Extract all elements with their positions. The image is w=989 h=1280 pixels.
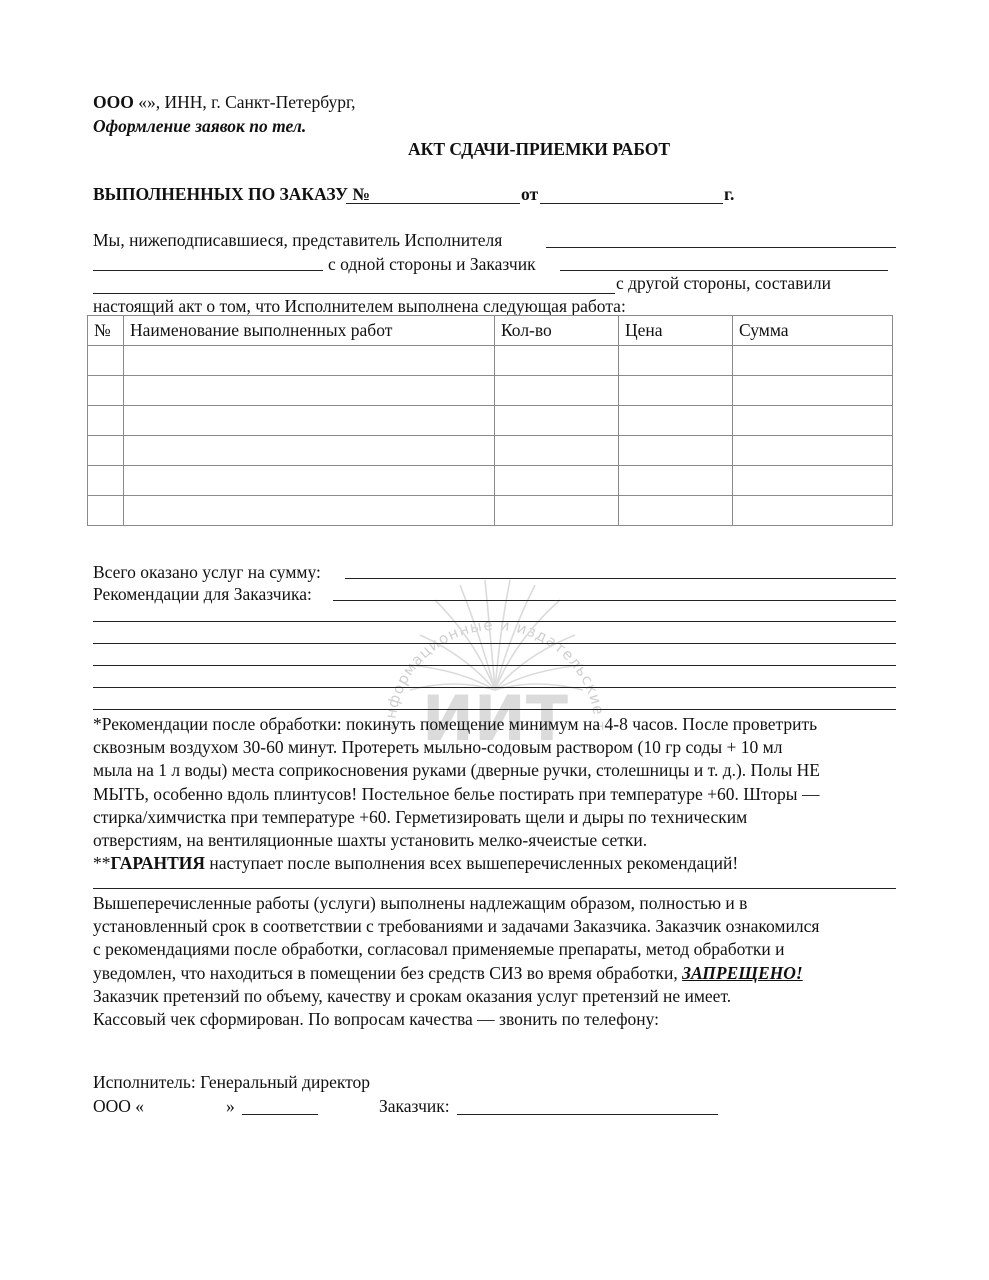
intro-line-2: с одной стороны и Заказчик xyxy=(328,254,536,275)
executor-company-close: » xyxy=(226,1096,235,1117)
confirmation-line: установленный срок в соответствии с треб… xyxy=(93,915,905,938)
col-header-price: Цена xyxy=(619,316,733,346)
intro-line-1: Мы, нижеподписавшиеся, представитель Исп… xyxy=(93,230,502,251)
cell-sum[interactable] xyxy=(733,406,893,436)
table-row xyxy=(88,406,893,436)
executor-signature-field[interactable] xyxy=(242,1096,318,1115)
recommendations-line[interactable] xyxy=(93,647,896,666)
guarantee-prefix: ** xyxy=(93,853,111,873)
cell-number[interactable] xyxy=(88,406,124,436)
cell-price[interactable] xyxy=(619,436,733,466)
intro-line-3: с другой стороны, составили xyxy=(616,273,831,294)
executor-rep-field[interactable] xyxy=(546,229,896,248)
cell-name[interactable] xyxy=(124,346,495,376)
confirmation-line: Кассовый чек сформирован. По вопросам ка… xyxy=(93,1008,905,1031)
confirmation-line: уведомлен, что находиться в помещении бе… xyxy=(93,962,905,985)
note-line: отверстиям, на вентиляционные шахты уста… xyxy=(93,829,905,852)
cell-name[interactable] xyxy=(124,376,495,406)
col-header-number: № xyxy=(88,316,124,346)
note-line: сквозным воздухом 30-60 минут. Протереть… xyxy=(93,736,905,759)
table-header-row: № Наименование выполненных работ Кол-во … xyxy=(88,316,893,346)
order-year-label: г. xyxy=(724,184,734,205)
works-table: № Наименование выполненных работ Кол-во … xyxy=(87,315,893,526)
cell-number[interactable] xyxy=(88,496,124,526)
recommendations-label: Рекомендации для Заказчика: xyxy=(93,584,312,605)
executor-label: Исполнитель: Генеральный директор xyxy=(93,1072,370,1093)
cell-name[interactable] xyxy=(124,406,495,436)
note-line: *Рекомендации после обработки: покинуть … xyxy=(93,713,905,736)
confirmation-line: с рекомендациями после обработки, соглас… xyxy=(93,938,905,961)
cell-qty[interactable] xyxy=(495,346,619,376)
customer-signature-field[interactable] xyxy=(457,1096,718,1115)
cell-qty[interactable] xyxy=(495,466,619,496)
cell-qty[interactable] xyxy=(495,496,619,526)
cell-number[interactable] xyxy=(88,436,124,466)
table-row xyxy=(88,376,893,406)
company-details: «», ИНН, г. Санкт-Петербург, xyxy=(134,92,356,112)
cell-name[interactable] xyxy=(124,496,495,526)
total-label: Всего оказано услуг на сумму: xyxy=(93,562,321,583)
col-header-qty: Кол-во xyxy=(495,316,619,346)
recommendations-line[interactable] xyxy=(93,669,896,688)
cell-price[interactable] xyxy=(619,466,733,496)
col-header-sum: Сумма xyxy=(733,316,893,346)
table-row xyxy=(88,496,893,526)
customer-rep-field-cont[interactable] xyxy=(93,275,615,294)
intro-line-4: настоящий акт о том, что Исполнителем вы… xyxy=(93,296,626,317)
executor-company-open: ООО « xyxy=(93,1096,144,1117)
cell-sum[interactable] xyxy=(733,496,893,526)
cell-price[interactable] xyxy=(619,406,733,436)
cell-number[interactable] xyxy=(88,376,124,406)
cell-price[interactable] xyxy=(619,376,733,406)
note-line: стирка/химчистка при температуре +60. Ге… xyxy=(93,806,905,829)
confirmation-text: Вышеперечисленные работы (услуги) выполн… xyxy=(93,892,905,1031)
confirmation-line: Вышеперечисленные работы (услуги) выполн… xyxy=(93,892,905,915)
table-row xyxy=(88,346,893,376)
cell-qty[interactable] xyxy=(495,406,619,436)
separator-line xyxy=(93,872,896,889)
col-header-name: Наименование выполненных работ xyxy=(124,316,495,346)
customer-label: Заказчик: xyxy=(379,1096,450,1117)
recommendations-line[interactable] xyxy=(93,603,896,622)
total-sum-field[interactable] xyxy=(345,560,896,579)
note-line: мыла на 1 л воды) места соприкосновения … xyxy=(93,759,905,782)
order-from-label: от xyxy=(521,184,538,205)
table-row xyxy=(88,436,893,466)
cell-number[interactable] xyxy=(88,346,124,376)
customer-rep-field[interactable] xyxy=(560,252,888,271)
cell-sum[interactable] xyxy=(733,466,893,496)
order-number-field[interactable] xyxy=(346,184,520,204)
orders-line: Оформление заявок по тел. xyxy=(93,116,306,137)
recommendations-line[interactable] xyxy=(93,691,896,710)
cell-name[interactable] xyxy=(124,466,495,496)
cell-price[interactable] xyxy=(619,346,733,376)
post-treatment-notes: *Рекомендации после обработки: покинуть … xyxy=(93,713,905,875)
executor-rep-field-cont[interactable] xyxy=(93,252,323,271)
cell-qty[interactable] xyxy=(495,436,619,466)
cell-sum[interactable] xyxy=(733,436,893,466)
guarantee-text: наступает после выполнения всех вышепере… xyxy=(205,853,738,873)
confirmation-line: Заказчик претензий по объему, качеству и… xyxy=(93,985,905,1008)
cell-number[interactable] xyxy=(88,466,124,496)
order-date-field[interactable] xyxy=(540,184,723,204)
recommendations-field[interactable] xyxy=(333,582,896,601)
forbidden-warning: ЗАПРЕЩЕНО! xyxy=(682,963,803,983)
guarantee-word: ГАРАНТИЯ xyxy=(111,853,206,873)
table-row xyxy=(88,466,893,496)
cell-sum[interactable] xyxy=(733,376,893,406)
cell-sum[interactable] xyxy=(733,346,893,376)
document-title: АКТ СДАЧИ-ПРИЕМКИ РАБОТ xyxy=(408,139,670,160)
company-form: ООО xyxy=(93,92,134,112)
note-line: МЫТЬ, особенно вдоль плинтусов! Постельн… xyxy=(93,783,905,806)
order-title-prefix: ВЫПОЛНЕННЫХ ПО ЗАКАЗУ № xyxy=(93,184,370,205)
confirmation-line-4: уведомлен, что находиться в помещении бе… xyxy=(93,963,682,983)
recommendations-line[interactable] xyxy=(93,625,896,644)
cell-price[interactable] xyxy=(619,496,733,526)
cell-qty[interactable] xyxy=(495,376,619,406)
cell-name[interactable] xyxy=(124,436,495,466)
company-header: ООО «», ИНН, г. Санкт-Петербург, xyxy=(93,92,356,113)
